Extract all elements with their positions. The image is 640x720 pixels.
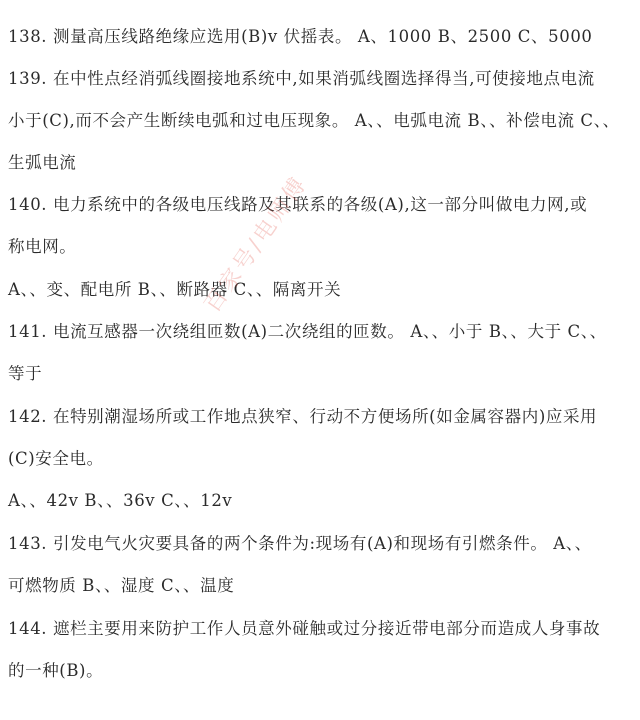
question-140-line-2: 称电网。	[8, 235, 636, 259]
question-143-line-2: 可燃物质 B、、湿度 C、、温度	[8, 574, 636, 598]
question-141-line-1: 141. 电流互感器一次绕组匝数(A)二次绕组的匝数。 A、、小于 B、、大于 …	[8, 320, 636, 344]
question-144-line-1: 144. 遮栏主要用来防护工作人员意外碰触或过分接近带电部分而造成人身事故	[8, 617, 636, 641]
question-142-options: A、、42v B、、36v C、、12v	[8, 489, 636, 513]
question-139-line-3: 生弧电流	[8, 151, 636, 175]
document-page: 138. 测量高压线路绝缘应选用(B)v 伏摇表。 A、1000 B、2500 …	[0, 0, 640, 720]
question-138: 138. 测量高压线路绝缘应选用(B)v 伏摇表。 A、1000 B、2500 …	[8, 25, 636, 49]
question-142-line-1: 142. 在特别潮湿场所或工作地点狭窄、行动不方便场所(如金属容器内)应采用	[8, 405, 636, 429]
question-143-line-1: 143. 引发电气火灾要具备的两个条件为:现场有(A)和现场有引燃条件。 A、、	[8, 532, 636, 556]
question-139-line-2: 小于(C),而不会产生断续电弧和过电压现象。 A、、电弧电流 B、、补偿电流 C…	[8, 109, 636, 133]
question-140-options: A、、变、配电所 B、、断路器 C、、隔离开关	[8, 278, 636, 302]
question-144-line-2: 的一种(B)。	[8, 659, 636, 683]
question-141-line-2: 等于	[8, 362, 636, 386]
question-139-line-1: 139. 在中性点经消弧线圈接地系统中,如果消弧线圈选择得当,可使接地点电流	[8, 67, 636, 91]
question-142-line-2: (C)安全电。	[8, 447, 636, 471]
question-140-line-1: 140. 电力系统中的各级电压线路及其联系的各级(A),这一部分叫做电力网,或	[8, 193, 636, 217]
